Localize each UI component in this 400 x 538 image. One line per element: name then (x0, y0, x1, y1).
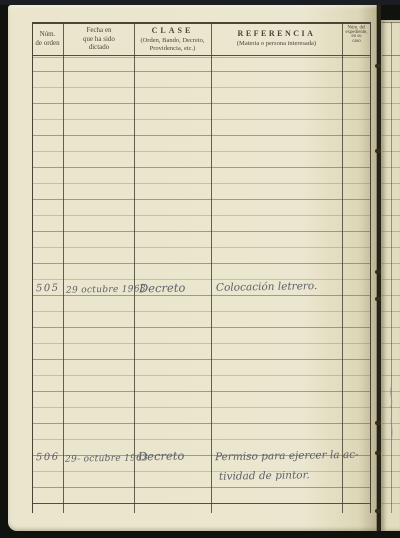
entry-num: 505 (36, 283, 60, 294)
entry-reference: Permiso para ejercer la ac- (215, 449, 359, 464)
table-top-border (32, 22, 371, 24)
header-col-clase-sub2: Providencia, etc.) (134, 45, 211, 53)
table-left-border (32, 22, 33, 513)
header-col-fecha-line3: dictado (64, 43, 134, 52)
header-col-clase: CLASE (Orden, Bando, Decreto, Providenci… (134, 26, 211, 52)
scanned-register-sheet: Núm. de orden Fecha en que ha sido dicta… (0, 0, 400, 538)
header-col-expediente-line4: caso (345, 39, 368, 43)
ruled-rows (32, 56, 371, 504)
table-bottom-rule (32, 503, 371, 504)
header-col-expediente: Núm. del expediente, en su caso (342, 26, 371, 48)
header-col-num-line2: de orden (32, 39, 63, 48)
header-col-num-line1: Núm. (32, 30, 63, 39)
entry-class: Decreto (138, 449, 185, 464)
entry-date: 29 octubre 1963 (66, 284, 146, 295)
header-col-num: Núm. de orden (32, 30, 63, 47)
header-col-referencia: REFERENCIA (Materia o persona interesada… (211, 29, 342, 48)
entry-date: 29- octubre 1963 (65, 453, 148, 464)
table-right-border (370, 22, 371, 513)
entry-num: 506 (36, 452, 60, 463)
column-divider-expediente (342, 22, 343, 513)
column-divider-fecha (63, 22, 64, 513)
header-col-fecha-line1: Fecha en (64, 26, 134, 35)
entry-reference: Colocación letrero. (216, 280, 318, 294)
header-col-referencia-title: REFERENCIA (211, 29, 342, 38)
entry-reference-line2: tividad de pintor. (219, 469, 310, 483)
header-col-clase-sub1: (Orden, Bando, Decreto, (134, 37, 211, 45)
header-col-clase-title: CLASE (134, 26, 211, 35)
header-col-fecha: Fecha en que ha sido dictado (64, 26, 134, 52)
header-col-referencia-sub1: (Materia o persona interesada) (211, 40, 342, 48)
next-page-header-bottom-rule (382, 55, 400, 56)
next-page-writing-marks (384, 385, 398, 447)
header-col-fecha-line2: que ha sido (64, 35, 134, 44)
next-page-header-top-rule (382, 22, 400, 23)
entry-class: Decreto (139, 281, 186, 296)
column-divider-clase (134, 22, 135, 513)
column-divider-referencia (211, 22, 212, 513)
